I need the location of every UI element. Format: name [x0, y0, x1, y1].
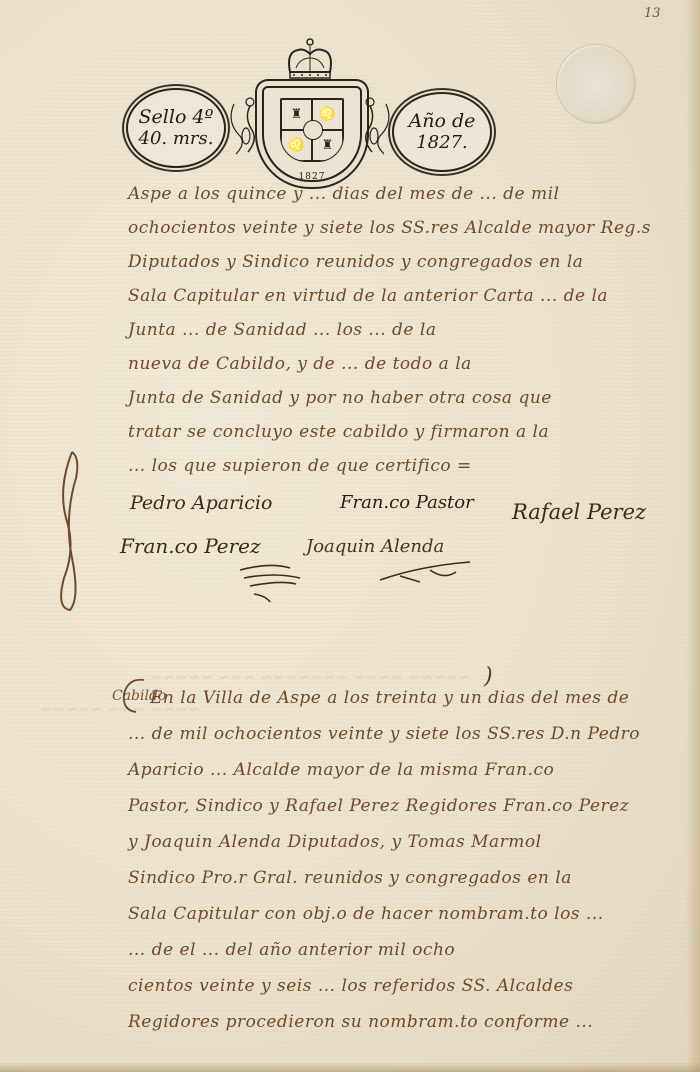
signature: Fran.co Perez	[120, 534, 261, 558]
stamp-price-label: 40. mrs.	[139, 128, 214, 150]
text-line: Junta ... de Sanidad ... los ... de la	[128, 320, 436, 340]
text-line: tratar se concluyo este cabildo y firmar…	[128, 422, 549, 442]
shield-year-label: 1827	[264, 172, 360, 182]
scroll-ornament-icon	[224, 96, 264, 156]
margin-flourish-icon	[50, 448, 90, 614]
text-line: Junta de Sanidad y por no haber otra cos…	[128, 388, 552, 408]
text-line: ... de mil ochocientos veinte y siete lo…	[128, 724, 640, 744]
initial-flourish-icon	[118, 676, 148, 716]
crown-icon	[282, 38, 338, 84]
signature: Joaquin Alenda	[306, 536, 444, 557]
text-line: Aspe a los quince y ... dias del mes de …	[128, 184, 560, 204]
bleed-through-text: ~~~~~ ~~~~ ~~~~~~~ ~~~ ~~~~~	[150, 668, 471, 686]
stamp-seal-header: Sello 4º 40. mrs. ♜ ♌ ♌ ♜ 1827	[120, 38, 492, 178]
folio-number: 13	[644, 6, 661, 21]
page-bottom-edge	[0, 1062, 700, 1072]
coat-of-arms-shield: ♜ ♌ ♌ ♜ 1827	[262, 86, 362, 182]
text-line: ochocientos veinte y siete los SS.res Al…	[128, 218, 651, 238]
ink-mark: )	[484, 664, 493, 689]
fleur-de-lis-icon	[303, 120, 323, 140]
stamp-class-label: Sello 4º	[139, 106, 214, 128]
signature: Fran.co Pastor	[340, 492, 474, 513]
stamp-value-oval: Sello 4º 40. mrs.	[126, 88, 226, 168]
signature-rubric-icon	[230, 556, 490, 606]
stamp-year-label: Año de	[409, 110, 476, 132]
manuscript-page: 13 ~~~~~ ~~~~ ~~~~~~~ ~~~ ~~~~~ ~~~~ ~~~…	[0, 0, 700, 1072]
text-line: Pastor, Sindico y Rafael Perez Regidores…	[128, 796, 629, 816]
text-line: Sindico Pro.r Gral. reunidos y congregad…	[128, 868, 572, 888]
text-line: Sala Capitular en virtud de la anterior …	[128, 286, 608, 306]
stamp-year-value: 1827.	[416, 132, 468, 154]
signature: Rafael Perez	[512, 500, 646, 524]
text-line: y Joaquin Alenda Diputados, y Tomas Marm…	[128, 832, 542, 852]
text-line: nueva de Cabildo, y de ... de todo a la	[128, 354, 472, 374]
text-line: Aparicio ... Alcalde mayor de la misma F…	[128, 760, 554, 780]
text-line: ... de el ... del año anterior mil ocho	[128, 940, 455, 960]
signature: Pedro Aparicio	[130, 492, 272, 514]
scroll-ornament-icon	[356, 96, 396, 156]
stamp-year-oval: Año de 1827.	[392, 92, 492, 172]
text-line: Regidores procedieron su nombram.to conf…	[128, 1012, 593, 1032]
text-line: Diputados y Sindico reunidos y congregad…	[128, 252, 583, 272]
text-line: cientos veinte y seis ... los referidos …	[128, 976, 573, 996]
embossed-seal-icon	[556, 44, 636, 124]
text-line: ... los que supieron de que certifico =	[128, 456, 472, 476]
text-line: En la Villa de Aspe a los treinta y un d…	[150, 688, 629, 708]
page-edge-shadow	[686, 0, 700, 1072]
text-line: Sala Capitular con obj.o de hacer nombra…	[128, 904, 604, 924]
